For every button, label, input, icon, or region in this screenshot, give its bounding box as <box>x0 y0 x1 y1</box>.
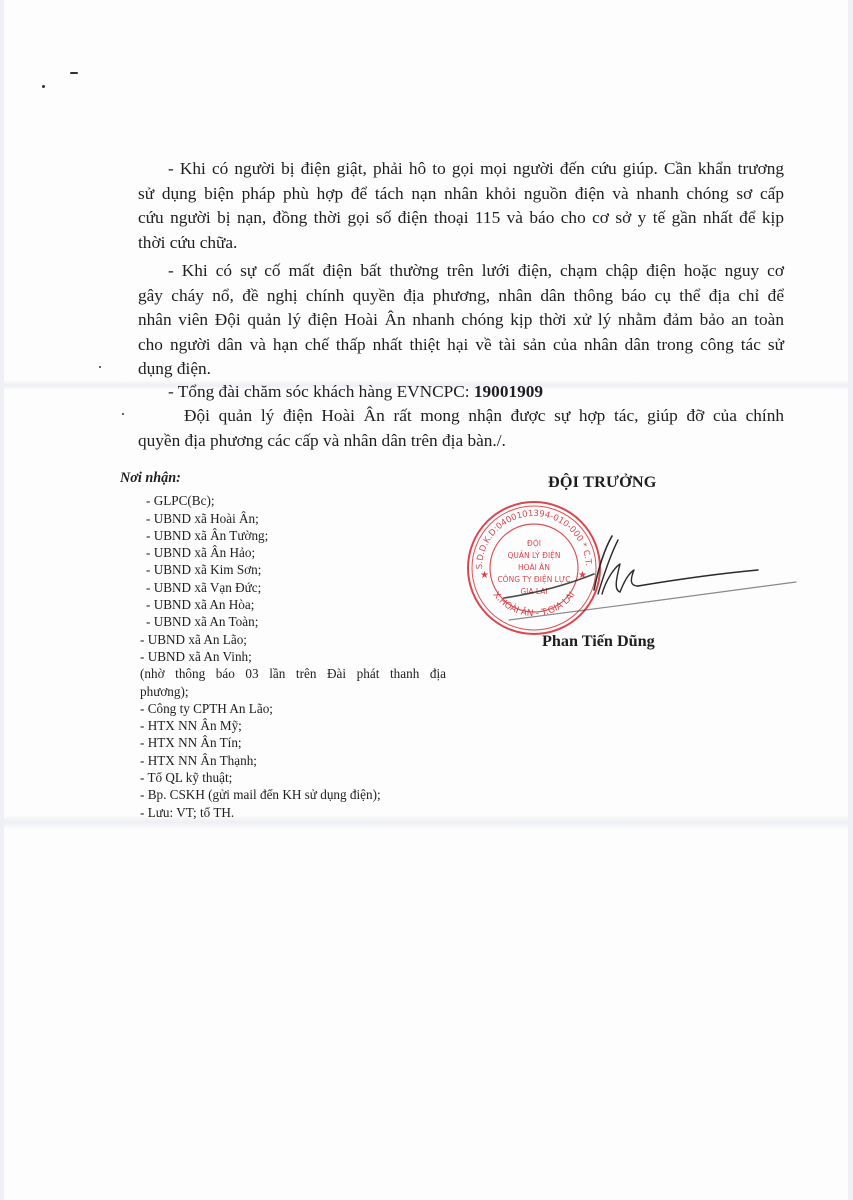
text-line: sử dụng biện pháp phù hợp để tách nạn nh… <box>138 182 784 207</box>
recipients-list: Nơi nhận: - GLPC(Bc); - UBND xã Hoài Ân;… <box>120 470 450 821</box>
recipient-item: - Công ty CPTH An Lão; <box>120 700 450 717</box>
scan-speck <box>42 85 45 88</box>
recipient-item: - GLPC(Bc); <box>120 492 450 509</box>
recipient-item: - UBND xã Hoài Ân; <box>120 510 450 527</box>
paragraph-electric-shock: - Khi có người bị điện giật, phải hô to … <box>138 157 784 255</box>
recipient-item: - UBND xã Vạn Đức; <box>120 579 450 596</box>
official-stamp-icon: M.S.D.D.K.D:0400101394-010-000 * C.T.T.H… <box>464 498 604 638</box>
text-line: Đội quản lý điện Hoài Ân rất mong nhận đ… <box>138 404 784 429</box>
recipient-item: - UBND xã Ân Tường; <box>120 527 450 544</box>
recipient-item: - UBND xã Kim Sơn; <box>120 561 450 578</box>
text-line: gây cháy nổ, đề nghị chính quyền địa phư… <box>138 284 784 309</box>
text-line: - Khi có sự cố mất điện bất thường trên … <box>138 259 784 284</box>
recipient-item: - HTX NN Ân Tín; <box>120 734 450 751</box>
scan-speck <box>70 72 78 74</box>
scan-speck <box>122 413 124 415</box>
recipient-item: - UBND xã An Lão; <box>120 631 450 648</box>
recipient-note-cont: phương); <box>120 683 450 700</box>
svg-text:GIA LAI: GIA LAI <box>520 587 547 596</box>
svg-text:HOÀI ÂN: HOÀI ÂN <box>518 563 550 572</box>
text-line: dụng điện. <box>138 357 784 382</box>
scan-speck <box>99 366 101 368</box>
text-line: cứu người bị nạn, đồng thời gọi số điện … <box>138 206 784 231</box>
recipient-item: - Lưu: VT; tổ TH. <box>120 804 450 821</box>
text-line: - Khi có người bị điện giật, phải hô to … <box>138 157 784 182</box>
recipient-item: - UBND xã Ân Hảo; <box>120 544 450 561</box>
text-line: quyền địa phương các cấp và nhân dân trê… <box>138 429 784 454</box>
recipient-item: - UBND xã An Vinh; <box>120 648 450 665</box>
recipient-item: - UBND xã An Toàn; <box>120 613 450 630</box>
recipient-item: - UBND xã An Hòa; <box>120 596 450 613</box>
recipient-item: - Bp. CSKH (gửi mail đến KH sử dụng điện… <box>120 786 450 803</box>
svg-text:QUẢN LÝ ĐIỆN: QUẢN LÝ ĐIỆN <box>507 551 560 560</box>
recipient-item: - Tổ QL kỹ thuật; <box>120 769 450 786</box>
text-line: thời cứu chữa. <box>138 231 784 256</box>
svg-text:ĐỘI: ĐỘI <box>527 539 541 548</box>
recipients-title: Nơi nhận: <box>120 470 450 487</box>
signer-name: Phan Tiến Dũng <box>542 632 655 651</box>
hotline-line: - Tổng đài chăm sóc khách hàng EVNCPC: 1… <box>138 380 784 405</box>
paragraph-power-outage: - Khi có sự cố mất điện bất thường trên … <box>138 259 784 382</box>
svg-text:★: ★ <box>578 570 587 581</box>
svg-text:CÔNG TY ĐIỆN LỰC: CÔNG TY ĐIỆN LỰC <box>497 575 570 584</box>
text-line: nhân viên Đội quản lý điện Hoài Ân nhanh… <box>138 308 784 333</box>
recipient-item: - HTX NN Ân Mỹ; <box>120 717 450 734</box>
hotline-number: 19001909 <box>474 382 543 401</box>
text-line: cho người dân và hạn chế thấp nhất thiệt… <box>138 333 784 358</box>
recipient-item: - HTX NN Ân Thạnh; <box>120 752 450 769</box>
recipient-note: (nhờ thông báo 03 lần trên Đài phát than… <box>120 665 446 682</box>
hotline-label: - Tổng đài chăm sóc khách hàng EVNCPC: <box>168 382 474 401</box>
paragraph-hotline: - Tổng đài chăm sóc khách hàng EVNCPC: 1… <box>138 380 784 405</box>
paragraph-closing: Đội quản lý điện Hoài Ân rất mong nhận đ… <box>138 404 784 453</box>
svg-text:★: ★ <box>480 570 489 581</box>
signature-block: ĐỘI TRƯỞNG M.S.D.D.K.D:0400101394-010-00… <box>464 470 804 670</box>
signer-title: ĐỘI TRƯỞNG <box>548 473 657 492</box>
document-page: - Khi có người bị điện giật, phải hô to … <box>0 0 853 1200</box>
